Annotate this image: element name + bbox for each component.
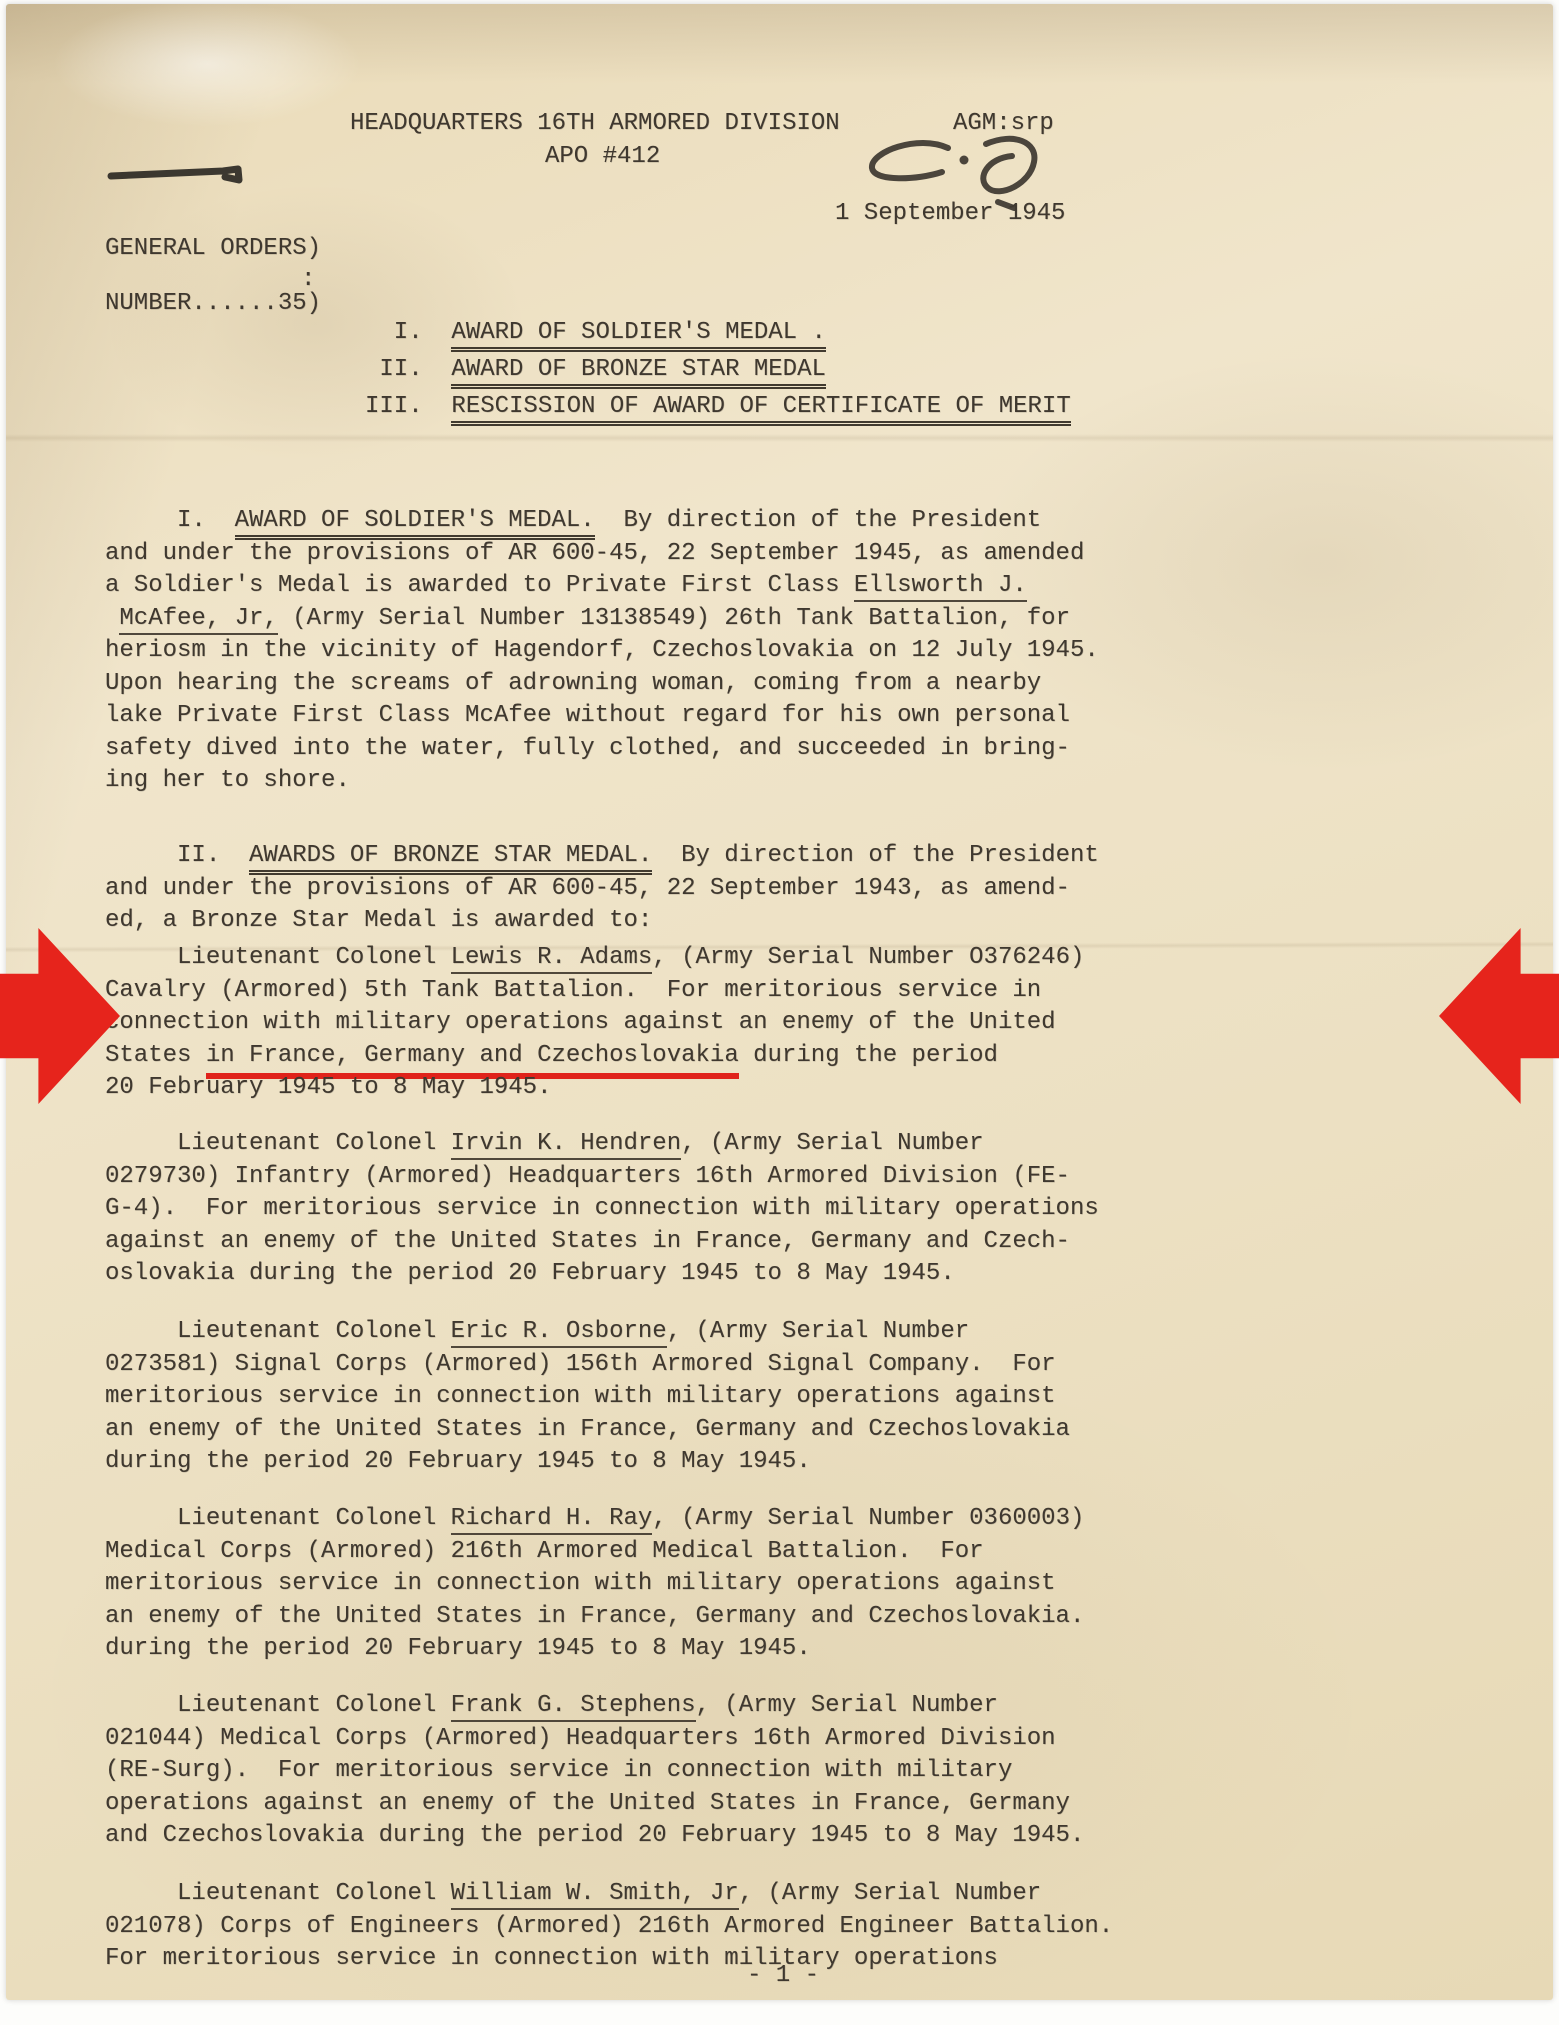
text-line: meritorious service in connection with m… (105, 1381, 1070, 1414)
text-line: States in France, Germany and Czechoslov… (105, 1040, 1084, 1073)
para-stephens: Lieutenant Colonel Frank G. Stephens, (A… (105, 1690, 1084, 1853)
text-line: II. AWARDS OF BRONZE STAR MEDAL. By dire… (105, 840, 1099, 873)
subject-index: I. AWARD OF SOLDIER'S MEDAL . II. AWARD … (365, 314, 1071, 425)
text-line: Lieutenant Colonel Eric R. Osborne, (Arm… (105, 1316, 1070, 1349)
text-line: Cavalry (Armored) 5th Tank Battalion. Fo… (105, 975, 1084, 1008)
text-line: an enemy of the United States in France,… (105, 1601, 1084, 1634)
para-bronze-star-intro: II. AWARDS OF BRONZE STAR MEDAL. By dire… (105, 840, 1099, 938)
text-line: 021078) Corps of Engineers (Armored) 216… (105, 1911, 1113, 1944)
text-line: I. AWARD OF SOLDIER'S MEDAL . (365, 314, 1071, 351)
text-line: during the period 20 February 1945 to 8 … (105, 1446, 1070, 1479)
text-line: (RE-Surg). For meritorious service in co… (105, 1755, 1084, 1788)
staple-mark (105, 158, 260, 190)
text-line: II. AWARD OF BRONZE STAR MEDAL (365, 351, 1071, 388)
text-line: against an enemy of the United States in… (105, 1226, 1099, 1259)
text-line: Lieutenant Colonel William W. Smith, Jr,… (105, 1878, 1113, 1911)
text-line: and under the provisions of AR 600-45, 2… (105, 873, 1099, 906)
header-apo: APO #412 (545, 141, 660, 174)
text-line: I. AWARD OF SOLDIER'S MEDAL. By directio… (105, 505, 1099, 538)
text-line: an enemy of the United States in France,… (105, 1414, 1070, 1447)
text-line: 0279730) Infantry (Armored) Headquarters… (105, 1161, 1099, 1194)
text-line: a Soldier's Medal is awarded to Private … (105, 570, 1099, 603)
general-orders-label: GENERAL ORDERS) (105, 233, 321, 266)
text-line: For meritorious service in connection wi… (105, 1943, 1113, 1976)
text-line: oslovakia during the period 20 February … (105, 1258, 1099, 1291)
text-line: ing her to shore. (105, 765, 1099, 798)
text-line: connection with military operations agai… (105, 1007, 1084, 1040)
orders-number: NUMBER......35) (105, 288, 321, 321)
text-line: Lieutenant Colonel Lewis R. Adams, (Army… (105, 942, 1084, 975)
header-organization: HEADQUARTERS 16TH ARMORED DIVISION (350, 108, 840, 141)
text-line: 021044) Medical Corps (Armored) Headquar… (105, 1723, 1084, 1756)
text-line: Lieutenant Colonel Irvin K. Hendren, (Ar… (105, 1128, 1099, 1161)
para-adams: Lieutenant Colonel Lewis R. Adams, (Army… (105, 942, 1084, 1105)
text-line: operations against an enemy of the Unite… (105, 1788, 1084, 1821)
text-line: Upon hearing the screams of adrowning wo… (105, 668, 1099, 701)
text-line: meritorious service in connection with m… (105, 1568, 1084, 1601)
para-hendren: Lieutenant Colonel Irvin K. Hendren, (Ar… (105, 1128, 1099, 1291)
para-smith: Lieutenant Colonel William W. Smith, Jr,… (105, 1878, 1113, 1976)
para-osborne: Lieutenant Colonel Eric R. Osborne, (Arm… (105, 1316, 1070, 1479)
document-date: 1 September 1945 (835, 198, 1065, 231)
text-line: G-4). For meritorious service in connect… (105, 1193, 1099, 1226)
text-line: heriosm in the vicinity of Hagendorf, Cz… (105, 635, 1099, 668)
text-line: ed, a Bronze Star Medal is awarded to: (105, 905, 1099, 938)
text-line: and Czechoslovakia during the period 20 … (105, 1820, 1084, 1853)
para-soldiers-medal: I. AWARD OF SOLDIER'S MEDAL. By directio… (105, 505, 1099, 798)
text-line: safety dived into the water, fully cloth… (105, 733, 1099, 766)
para-ray: Lieutenant Colonel Richard H. Ray, (Army… (105, 1503, 1084, 1666)
paper-crease (6, 434, 1553, 442)
text-line: III. RESCISSION OF AWARD OF CERTIFICATE … (365, 388, 1071, 425)
text-line: and under the provisions of AR 600-45, 2… (105, 538, 1099, 571)
text-line: 0273581) Signal Corps (Armored) 156th Ar… (105, 1349, 1070, 1382)
text-line: Medical Corps (Armored) 216th Armored Me… (105, 1536, 1084, 1569)
text-line: Lieutenant Colonel Frank G. Stephens, (A… (105, 1690, 1084, 1723)
text-line: McAfee, Jr, (Army Serial Number 13138549… (105, 603, 1099, 636)
scanned-document-page: HEADQUARTERS 16TH ARMORED DIVISION APO #… (0, 0, 1559, 2025)
page-number: - 1 - (747, 1960, 819, 1993)
text-line: lake Private First Class McAfee without … (105, 700, 1099, 733)
text-line: during the period 20 February 1945 to 8 … (105, 1633, 1084, 1666)
text-line: Lieutenant Colonel Richard H. Ray, (Army… (105, 1503, 1084, 1536)
